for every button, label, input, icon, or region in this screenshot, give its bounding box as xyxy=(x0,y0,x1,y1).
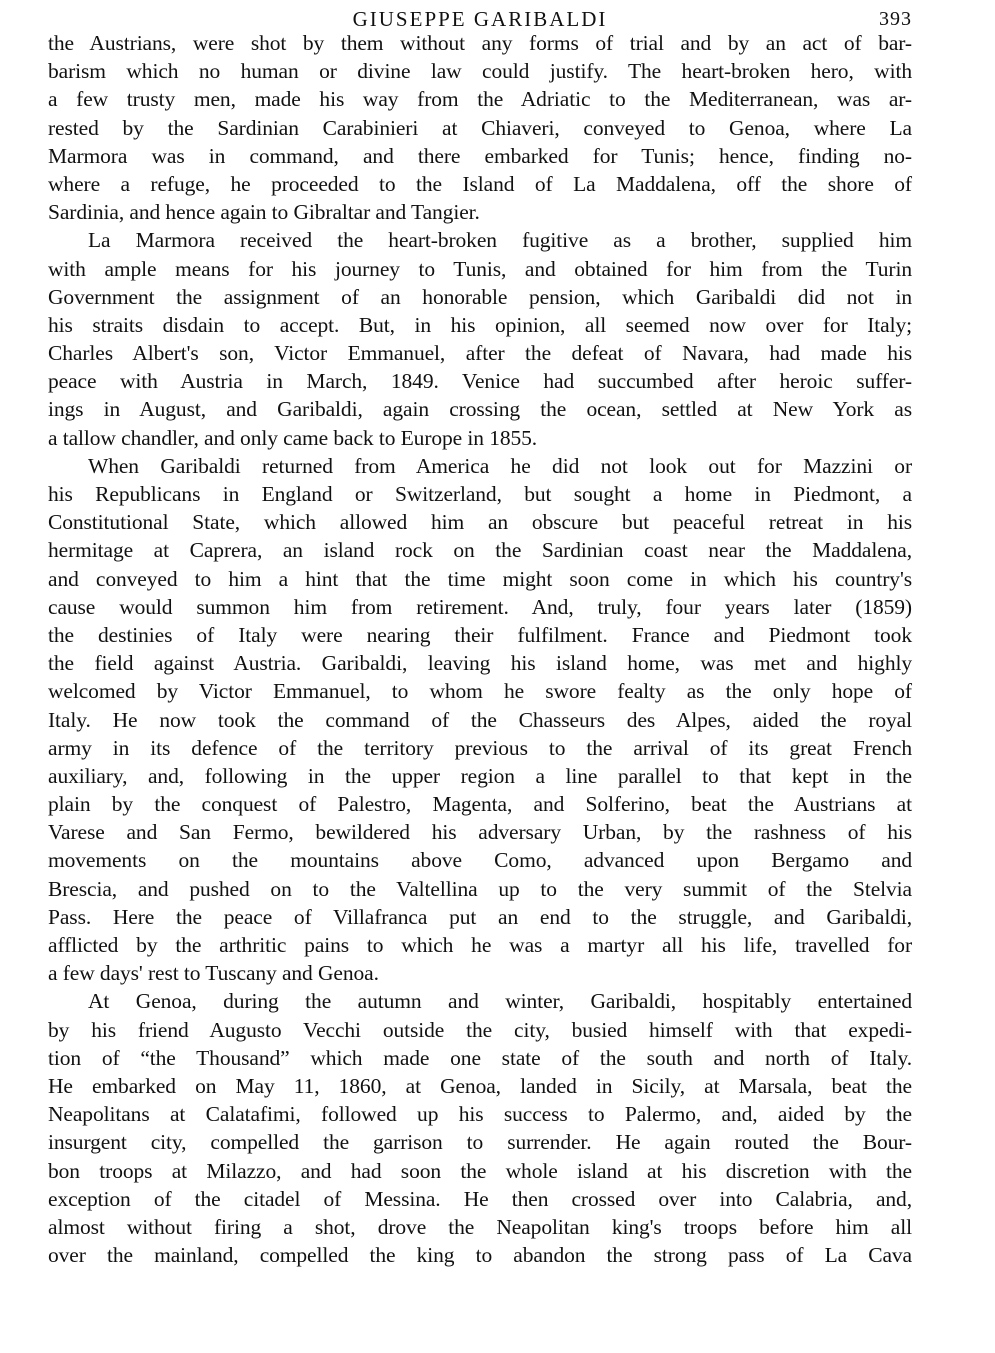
text-line: plain by the conquest of Palestro, Magen… xyxy=(48,790,912,818)
text-line: Varese and San Fermo, bewildered his adv… xyxy=(48,818,912,846)
text-line: insurgent city, compelled the garrison t… xyxy=(48,1128,912,1156)
text-line: Sardinia, and hence again to Gibraltar a… xyxy=(48,198,912,226)
text-line: tion of “the Thousand” which made one st… xyxy=(48,1044,912,1072)
text-line: his Republicans in England or Switzerlan… xyxy=(48,480,912,508)
paragraph: the Austrians, were shot by them without… xyxy=(48,29,912,226)
text-line: exception of the citadel of Messina. He … xyxy=(48,1185,912,1213)
text-line: army in its defence of the territory pre… xyxy=(48,734,912,762)
text-line: auxiliary, and, following in the upper r… xyxy=(48,762,912,790)
text-line: the Austrians, were shot by them without… xyxy=(48,29,912,57)
text-line: Neapolitans at Calatafimi, followed up h… xyxy=(48,1100,912,1128)
text-line: Marmora was in command, and there embark… xyxy=(48,142,912,170)
text-line: and conveyed to him a hint that the time… xyxy=(48,565,912,593)
text-line: Brescia, and pushed on to the Valtellina… xyxy=(48,875,912,903)
body-text: the Austrians, were shot by them without… xyxy=(48,29,912,1269)
text-line: his straits disdain to accept. But, in h… xyxy=(48,311,912,339)
text-line: peace with Austria in March, 1849. Venic… xyxy=(48,367,912,395)
text-line: He embarked on May 11, 1860, at Genoa, l… xyxy=(48,1072,912,1100)
text-line: Pass. Here the peace of Villafranca put … xyxy=(48,903,912,931)
text-line: La Marmora received the heart-broken fug… xyxy=(48,226,912,254)
text-line: with ample means for his journey to Tuni… xyxy=(48,255,912,283)
text-line: ings in August, and Garibaldi, again cro… xyxy=(48,395,912,423)
text-line: bon troops at Milazzo, and had soon the … xyxy=(48,1157,912,1185)
text-line: hermitage at Caprera, an island rock on … xyxy=(48,536,912,564)
paragraph: La Marmora received the heart-broken fug… xyxy=(48,226,912,452)
text-line: cause would summon him from retirement. … xyxy=(48,593,912,621)
text-line: a few trusty men, made his way from the … xyxy=(48,85,912,113)
text-line: welcomed by Victor Emmanuel, to whom he … xyxy=(48,677,912,705)
text-line: afflicted by the arthritic pains to whic… xyxy=(48,931,912,959)
text-line: movements on the mountains above Como, a… xyxy=(48,846,912,874)
text-line: where a refuge, he proceeded to the Isla… xyxy=(48,170,912,198)
text-line: Constitutional State, which allowed him … xyxy=(48,508,912,536)
text-line: almost without firing a shot, drove the … xyxy=(48,1213,912,1241)
text-line: Charles Albert's son, Victor Emmanuel, a… xyxy=(48,339,912,367)
text-line: the field against Austria. Garibaldi, le… xyxy=(48,649,912,677)
paragraph: When Garibaldi returned from America he … xyxy=(48,452,912,988)
text-line: rested by the Sardinian Carabinieri at C… xyxy=(48,114,912,142)
text-line: barism which no human or divine law coul… xyxy=(48,57,912,85)
text-line: Italy. He now took the command of the Ch… xyxy=(48,706,912,734)
text-line: When Garibaldi returned from America he … xyxy=(48,452,912,480)
text-line: by his friend Augusto Vecchi outside the… xyxy=(48,1016,912,1044)
text-line: At Genoa, during the autumn and winter, … xyxy=(48,987,912,1015)
text-line: Government the assignment of an honorabl… xyxy=(48,283,912,311)
text-line: the destinies of Italy were nearing thei… xyxy=(48,621,912,649)
text-line: a tallow chandler, and only came back to… xyxy=(48,424,912,452)
paragraph: At Genoa, during the autumn and winter, … xyxy=(48,987,912,1269)
text-line: a few days' rest to Tuscany and Genoa. xyxy=(48,959,912,987)
text-line: over the mainland, compelled the king to… xyxy=(48,1241,912,1269)
